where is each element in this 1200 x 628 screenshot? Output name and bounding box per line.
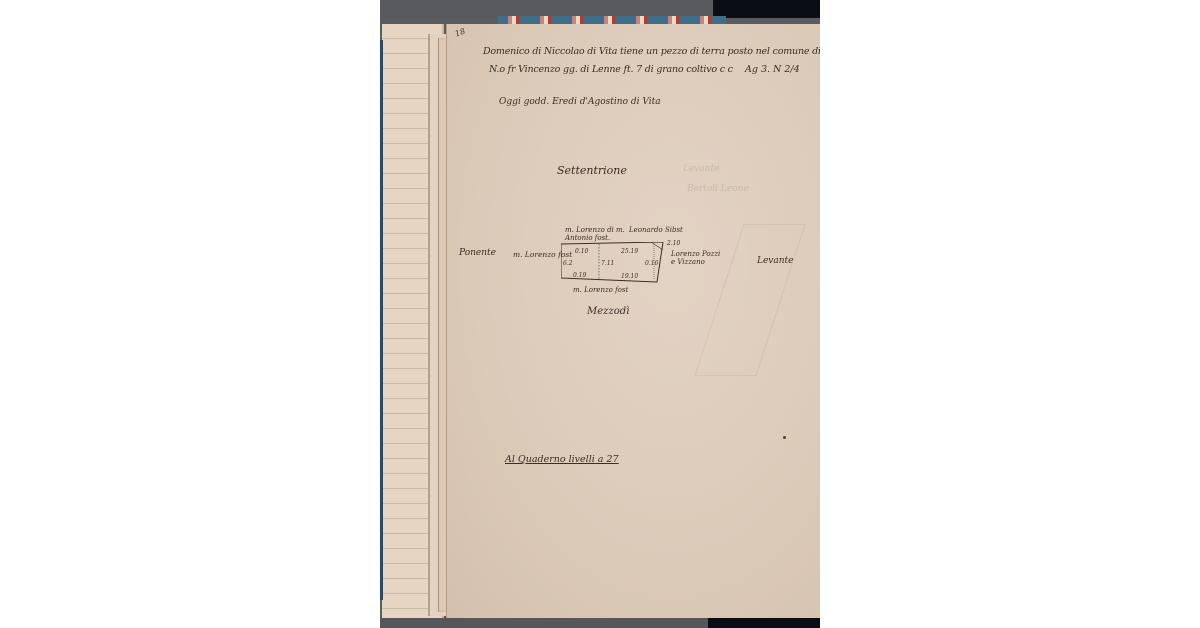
owner-line: Oggi godd. Eredi d'Agostino di Vita (499, 97, 661, 107)
ink-spot (783, 436, 786, 439)
measure-center: 7.11 (601, 260, 614, 267)
bleed-through-diagram (694, 224, 805, 376)
folio-number: 18 (454, 27, 467, 39)
bleed-through-text: Bertoli Leone (687, 184, 749, 194)
map-neighbor-north-right: Leonardo Sibst (629, 226, 683, 234)
measure-right: 0.16 (645, 260, 658, 267)
scanner-dark-corner (713, 0, 820, 18)
header-line-1: Domenico di Niccolao di Vita tiene un pe… (483, 46, 820, 57)
map-east-label: Levante (757, 256, 794, 266)
map-north-label: Settentrione (557, 164, 627, 177)
measure-top-left: 0.10 (575, 248, 588, 255)
map-neighbor-south: m. Lorenzo fost (573, 286, 628, 294)
header-line-2: N.o fr Vincenzo gg. di Lenne ft. 7 di gr… (489, 64, 733, 75)
manuscript-scan: Levante Bertoli Leone 18 Domenico di Nic… (380, 0, 820, 628)
map-neighbor-east: Lorenzo Pozzi e Vizzano (671, 250, 721, 266)
map-south-label: Mezzodì (587, 306, 629, 317)
measure-bottom-right: 19.10 (621, 273, 638, 280)
measure-bottom-left: 0.19 (573, 272, 586, 279)
measure-top-right: 25.19 (621, 248, 638, 255)
scanner-bottom-border (380, 618, 820, 628)
measure-corner: 2.10 (667, 240, 680, 247)
manuscript-page: Levante Bertoli Leone 18 Domenico di Nic… (446, 24, 820, 619)
header-reference: Ag 3. N 2/4 (745, 64, 800, 75)
footnote-reference: Al Quaderno livelli a 27 (505, 454, 619, 465)
ledger-cover-edge (380, 40, 383, 600)
bleed-through-text: Levante (683, 164, 720, 174)
map-neighbor-north-left: m. Lorenzo di m. Antonio fost. (565, 226, 625, 242)
scanner-dark-corner (708, 618, 820, 628)
measure-left: 6.2 (563, 260, 573, 267)
map-west-label: Ponente (459, 248, 496, 258)
